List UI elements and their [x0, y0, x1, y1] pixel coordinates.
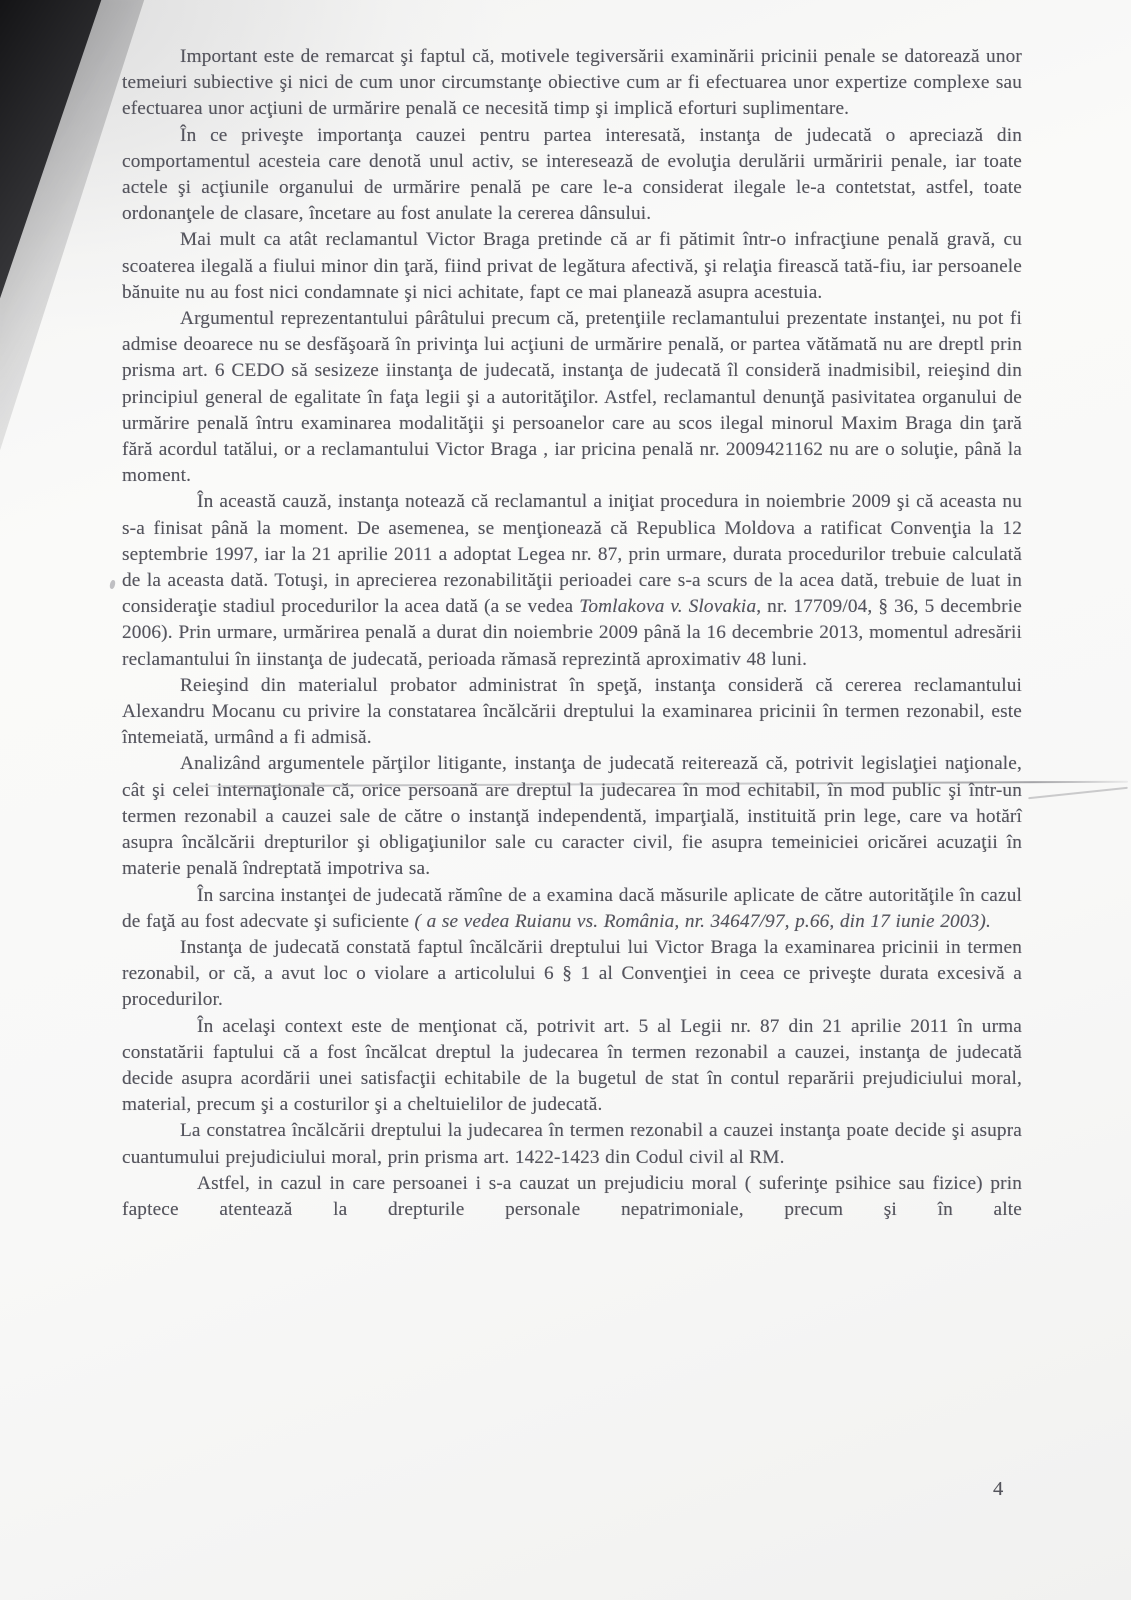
paragraph: Reieşind din materialul probator adminis… [122, 673, 1022, 752]
paragraph: În ce priveşte importanţa cauzei pentru … [122, 123, 1022, 228]
document-body: Important este de remarcat şi faptul că,… [122, 44, 1022, 1223]
paragraph: Argumentul reprezentantului pârâtului pr… [122, 306, 1022, 489]
paragraph: Astfel, in cazul in care persoanei i s-a… [122, 1171, 1022, 1223]
paragraph: Analizând argumentele părţilor litigante… [122, 751, 1022, 882]
paragraph: Mai mult ca atât reclamantul Victor Brag… [122, 227, 1022, 306]
paragraph: La constatrea încălcării dreptului la ju… [122, 1118, 1022, 1170]
page-number: 4 [993, 1478, 1003, 1501]
scan-speck [109, 580, 116, 590]
paragraph: În acelaşi context este de menţionat că,… [122, 1014, 1022, 1119]
paragraph: Instanţa de judecată constată faptul înc… [122, 935, 1022, 1014]
paragraph: În această cauză, instanţa notează că re… [122, 489, 1022, 672]
scanned-document-page: Important este de remarcat şi faptul că,… [0, 0, 1131, 1600]
paragraph: Important este de remarcat şi faptul că,… [122, 44, 1022, 123]
paragraph: În sarcina instanţei de judecată rămîne … [122, 883, 1022, 935]
scan-artifact-line [1028, 787, 1128, 799]
